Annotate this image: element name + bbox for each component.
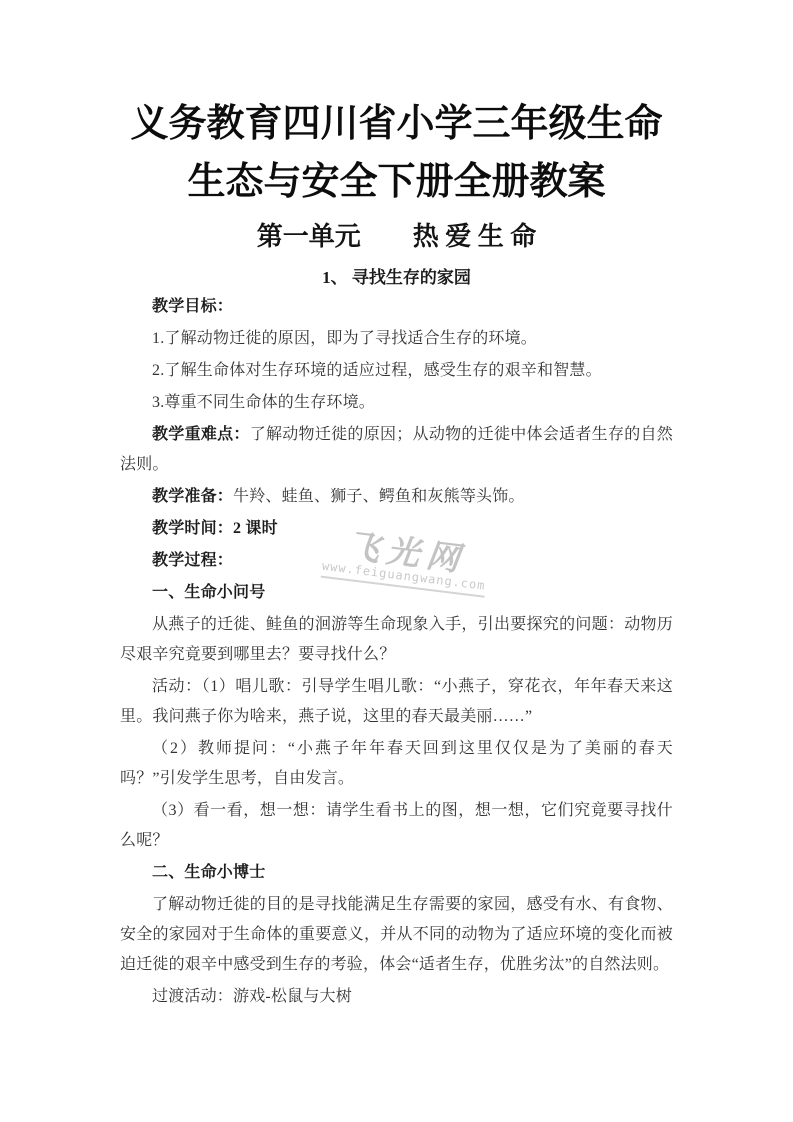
document-title: 义务教育四川省小学三年级生命 生态与安全下册全册教案: [120, 95, 673, 211]
paragraph-label: 二、生命小博士: [152, 864, 265, 881]
paragraph-text: 2 课时: [233, 520, 278, 537]
paragraph-text: 从燕子的迁徙、鲑鱼的洄游等生命现象入手，引出要探究的问题：动物历尽艰辛究竟要到哪…: [120, 616, 673, 663]
lesson-heading: 1、 寻找生存的家园: [120, 268, 673, 288]
unit-heading: 第一单元 热 爱 生 命: [120, 222, 673, 252]
paragraph-activity-2: （2）教师提问：“小燕子年年春天回到这里仅仅是为了美丽的春天吗？”引发学生思考，…: [120, 734, 673, 794]
paragraph-section-2-body: 了解动物迁徙的目的是寻找能满足生存需要的家园，感受有水、有食物、安全的家园对于生…: [120, 890, 673, 980]
paragraph-text: （2）教师提问：“小燕子年年春天回到这里仅仅是为了美丽的春天吗？”引发学生思考，…: [120, 740, 673, 787]
paragraph-text: 了解动物迁徙的目的是寻找能满足生存需要的家园，感受有水、有食物、安全的家园对于生…: [120, 896, 673, 973]
paragraph-goal-1: 1.了解动物迁徙的原因，即为了寻找适合生存的环境。: [120, 324, 673, 354]
paragraph-label: 教学准备：: [152, 488, 233, 505]
paragraph-text: 牛羚、蛙鱼、狮子、鳄鱼和灰熊等头饰。: [233, 488, 525, 505]
document-content: 义务教育四川省小学三年级生命 生态与安全下册全册教案 第一单元 热 爱 生 命 …: [0, 0, 793, 1012]
paragraph-label: 教学时间：: [152, 520, 233, 537]
paragraph-section-2-heading: 二、生命小博士: [120, 858, 673, 888]
paragraph-label: 教学过程：: [152, 552, 233, 569]
paragraph-goal-3: 3.尊重不同生命体的生存环境。: [120, 388, 673, 418]
document-body: 教学目标： 1.了解动物迁徙的原因，即为了寻找适合生存的环境。 2.了解生命体对…: [120, 292, 673, 1012]
paragraph-label: 教学目标：: [152, 298, 233, 315]
paragraph-text: 1.了解动物迁徙的原因，即为了寻找适合生存的环境。: [152, 330, 537, 347]
paragraph-text: 过渡活动：游戏-松鼠与大树: [152, 988, 352, 1005]
document-title-line1: 义务教育四川省小学三年级生命: [120, 95, 673, 153]
paragraph-section-1-intro: 从燕子的迁徙、鲑鱼的洄游等生命现象入手，引出要探究的问题：动物历尽艰辛究竟要到哪…: [120, 610, 673, 670]
paragraph-section-1-heading: 一、生命小问号: [120, 578, 673, 608]
document-title-line2: 生态与安全下册全册教案: [120, 153, 673, 211]
paragraph-preparation: 教学准备：牛羚、蛙鱼、狮子、鳄鱼和灰熊等头饰。: [120, 482, 673, 512]
paragraph-activity-1: 活动：（1）唱儿歌：引导学生唱儿歌：“小燕子，穿花衣，年年春天来这里。我问燕子你…: [120, 672, 673, 732]
paragraph-teaching-process-heading: 教学过程：: [120, 546, 673, 576]
paragraph-label: 一、生命小问号: [152, 584, 265, 601]
paragraph-goal-2: 2.了解生命体对生存环境的适应过程，感受生存的艰辛和智慧。: [120, 356, 673, 386]
paragraph-teaching-goals-heading: 教学目标：: [120, 292, 673, 322]
paragraph-teaching-time: 教学时间：2 课时: [120, 514, 673, 544]
paragraph-label: 教学重难点：: [152, 426, 250, 443]
paragraph-text: （3）看一看，想一想：请学生看书上的图，想一想，它们究竟要寻找什么呢？: [120, 802, 673, 849]
paragraph-text: 活动：（1）唱儿歌：引导学生唱儿歌：“小燕子，穿花衣，年年春天来这里。我问燕子你…: [120, 678, 673, 725]
document-page: 义务教育四川省小学三年级生命 生态与安全下册全册教案 第一单元 热 爱 生 命 …: [0, 0, 793, 1122]
paragraph-transition-activity: 过渡活动：游戏-松鼠与大树: [120, 982, 673, 1012]
paragraph-text: 2.了解生命体对生存环境的适应过程，感受生存的艰辛和智慧。: [152, 362, 602, 379]
paragraph-key-points: 教学重难点：了解动物迁徙的原因；从动物的迁徙中体会适者生存的自然法则。: [120, 420, 673, 480]
paragraph-text: 3.尊重不同生命体的生存环境。: [152, 394, 375, 411]
paragraph-activity-3: （3）看一看，想一想：请学生看书上的图，想一想，它们究竟要寻找什么呢？: [120, 796, 673, 856]
